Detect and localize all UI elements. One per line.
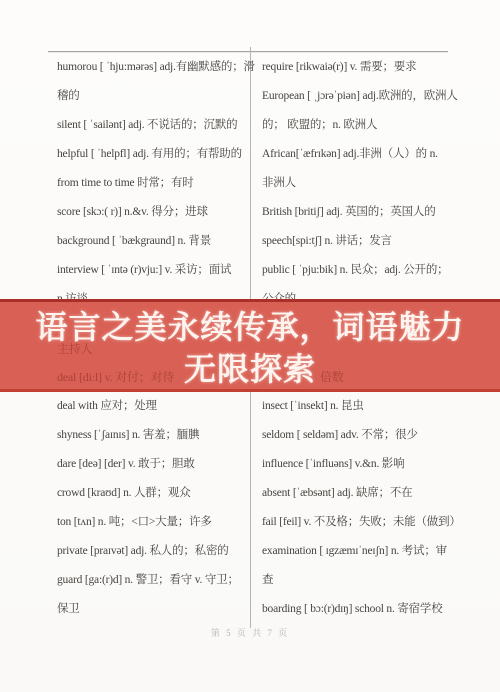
banner-headline-line2: 无限探索	[0, 348, 500, 390]
vocab-line: silent [ ˈsailənt] adj. 不说话的；沉默的	[57, 111, 249, 140]
vocab-line: speech[spi:tʃ] n. 讲话；发言	[262, 227, 454, 256]
vocab-line: score [skɔ:( r)] n.&v. 得分；进球	[57, 198, 249, 227]
banner-headline: 语言之美永续传承，词语魅力 无限探索	[0, 302, 500, 390]
vocab-line: crowd [kraʊd] n. 人群；观众	[57, 479, 249, 508]
vocab-line: examination [ ɪgzæmɪˈneɪʃn] n. 考试；审	[262, 537, 454, 566]
vocab-line: 查	[262, 566, 454, 595]
page-footer: 第 5 页 共 7 页	[0, 626, 500, 639]
vocab-line: absent [ˈæbsənt] adj. 缺席；不在	[262, 479, 454, 508]
vocab-line: humorou [ ˈhju:mərəs] adj.有幽默感的；滑	[57, 53, 249, 82]
vocab-column-right-top: require [rikwaiə(r)] v. 需要；要求 European […	[262, 53, 454, 314]
vocab-line: guard [ga:(r)d] n. 警卫；看守 v. 守卫；	[57, 566, 249, 595]
vocab-line: 稽的	[57, 82, 249, 111]
vocab-line: ton [tʌn] n. 吨；<口>大量；许多	[57, 508, 249, 537]
vocab-line: require [rikwaiə(r)] v. 需要；要求	[262, 53, 454, 82]
vocab-line: background [ ˈbækgraund] n. 背景	[57, 227, 249, 256]
vocab-line: seldom [ seldəm] adv. 不常；很少	[262, 421, 454, 450]
vocab-line: private [praɪvət] adj. 私人的；私密的	[57, 537, 249, 566]
vocab-line: fail [feil] v. 不及格；失败；未能（做到）	[262, 508, 454, 537]
vocab-line: boarding [ bɔ:(r)dɪŋ] school n. 寄宿学校	[262, 595, 454, 624]
vocab-column-left-bottom: deal with 应对；处理 shyness [ˈʃaɪnɪs] n. 害羞；…	[57, 392, 249, 624]
vocab-line: 非洲人	[262, 169, 454, 198]
vocab-line: shyness [ˈʃaɪnɪs] n. 害羞；腼腆	[57, 421, 249, 450]
vocab-column-right-bottom: insect [ˈinsekt] n. 昆虫 seldom [ seldəm] …	[262, 392, 454, 624]
vocab-line: from time to time 时常；有时	[57, 169, 249, 198]
promo-banner: 主持人 deal [di:l] v. 对付；对待 倍数 语言之美永续传承，词语魅…	[0, 299, 500, 392]
vocab-line: helpful [ ˈhelpfl] adj. 有用的；有帮助的	[57, 140, 249, 169]
vocab-line: European [ ˌjɔrəˈpiən] adj.欧洲的，欧洲人	[262, 82, 454, 111]
vocab-line: 的； 欧盟的；n. 欧洲人	[262, 111, 454, 140]
vocab-line: deal with 应对；处理	[57, 392, 249, 421]
vocab-line: British [britiʃ] adj. 英国的；英国人的	[262, 198, 454, 227]
vocab-line: influence [ˈinfluəns] v.&n. 影响	[262, 450, 454, 479]
table-top-border	[48, 51, 448, 52]
vocab-line: public [ ˈpju:bik] n. 民众；adj. 公开的；	[262, 256, 454, 285]
vocab-line: African[ˈæfrɪkən] adj.非洲（人）的 n.	[262, 140, 454, 169]
document-page: humorou [ ˈhju:mərəs] adj.有幽默感的；滑 稽的 sil…	[0, 0, 500, 692]
vocab-column-left-top: humorou [ ˈhju:mərəs] adj.有幽默感的；滑 稽的 sil…	[57, 53, 249, 314]
banner-headline-line1: 语言之美永续传承，词语魅力	[0, 306, 500, 348]
vocab-line: insect [ˈinsekt] n. 昆虫	[262, 392, 454, 421]
vocab-line: 保卫	[57, 595, 249, 624]
vocab-line: interview [ ˈɪntə (r)vju:] v. 采访；面试	[57, 256, 249, 285]
vocab-line: dare [deə] [der] v. 敢于；胆敢	[57, 450, 249, 479]
